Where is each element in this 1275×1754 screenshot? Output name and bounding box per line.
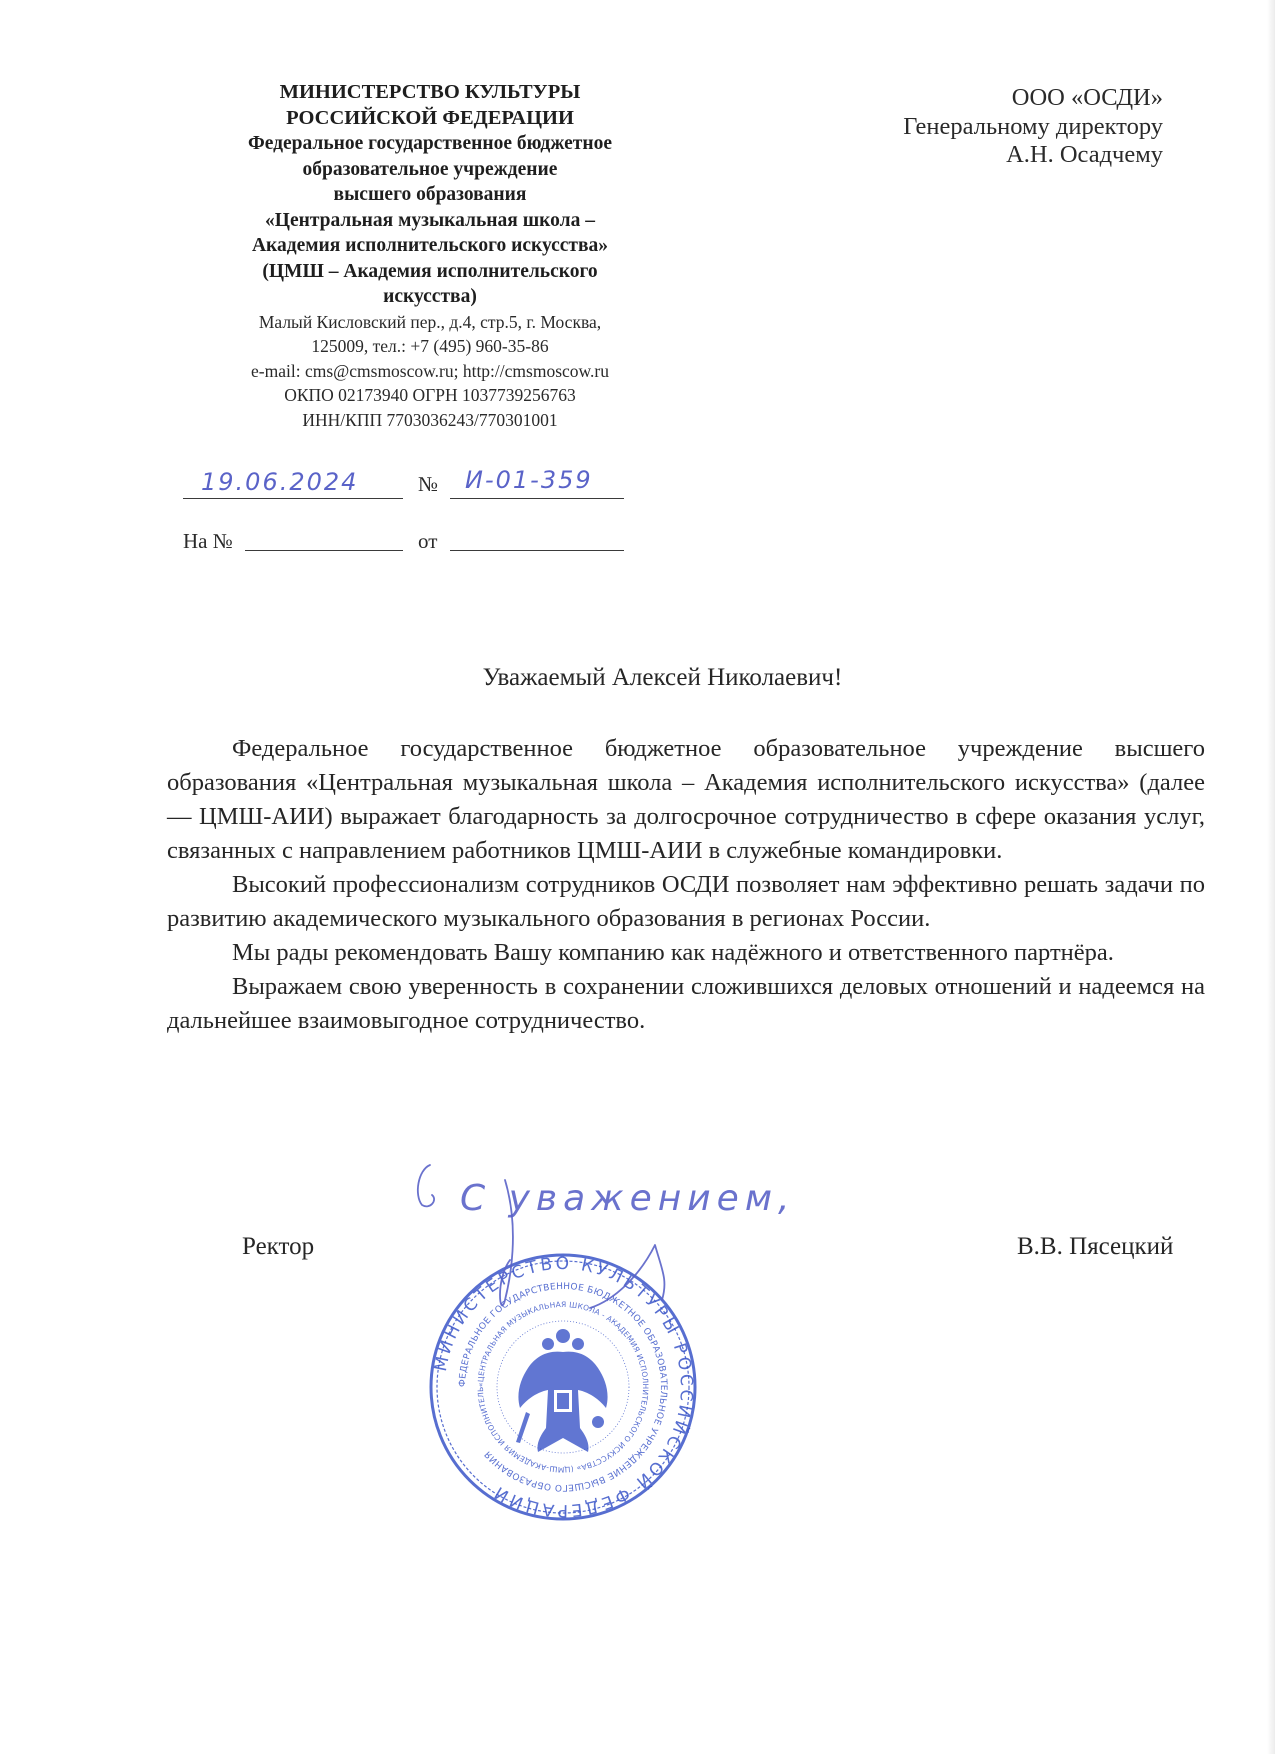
scan-edge — [1267, 0, 1275, 1754]
outgoing-number: И-01-359 — [465, 466, 593, 494]
handwritten-signature-icon: С уважением, — [400, 1150, 900, 1310]
org-line: (ЦМШ – Академия исполнительского — [200, 259, 660, 285]
body-paragraph: Мы рады рекомендовать Вашу компанию как … — [167, 936, 1205, 970]
number-underline — [450, 498, 624, 499]
ministry-line-1: МИНИСТЕРСТВО КУЛЬТУРЫ — [200, 80, 660, 106]
signatory-name: В.В. Пясецкий — [1017, 1233, 1173, 1261]
addressee-position: Генеральному директору — [903, 113, 1163, 142]
reference-date-field — [450, 550, 624, 551]
greeting: Уважаемый Алексей Николаевич! — [0, 664, 1275, 692]
reference-number-field — [245, 550, 403, 551]
org-line: искусства) — [200, 284, 660, 310]
letter-body: Федеральное государственное бюджетное об… — [167, 732, 1205, 1038]
body-paragraph: Высокий профессионализм сотрудников ОСДИ… — [167, 868, 1205, 936]
number-label: № — [418, 472, 438, 497]
svg-text:С уважением,: С уважением, — [460, 1178, 795, 1219]
letterhead: МИНИСТЕРСТВО КУЛЬТУРЫ РОССИЙСКОЙ ФЕДЕРАЦ… — [200, 80, 660, 432]
addressee-company: ООО «ОСДИ» — [903, 84, 1163, 113]
date-underline — [183, 498, 403, 499]
org-line: Федеральное государственное бюджетное — [200, 131, 660, 157]
address-line-1: Малый Кисловский пер., д.4, стр.5, г. Мо… — [200, 310, 660, 335]
contacts-line: e-mail: cms@cmsmoscow.ru; http://cmsmosc… — [200, 359, 660, 384]
org-line: высшего образования — [200, 182, 660, 208]
signatory-title: Ректор — [242, 1233, 314, 1261]
reference-number-label: На № — [183, 529, 233, 554]
org-line: Академия исполнительского искусства» — [200, 233, 660, 259]
eagle-emblem-icon — [516, 1329, 608, 1452]
ministry-line-2: РОССИЙСКОЙ ФЕДЕРАЦИИ — [200, 106, 660, 132]
registration-block: 19.06.2024 № И-01-359 На № от — [183, 462, 628, 562]
addressee-block: ООО «ОСДИ» Генеральному директору А.Н. О… — [903, 84, 1163, 170]
okpo-ogrn-line: ОКПО 02173940 ОГРН 1037739256763 — [200, 383, 660, 408]
inn-kpp-line: ИНН/КПП 7703036243/770301001 — [200, 408, 660, 433]
reference-from-label: от — [418, 529, 437, 554]
body-paragraph: Выражаем свою уверенность в сохранении с… — [167, 970, 1205, 1038]
org-line: образовательное учреждение — [200, 157, 660, 183]
body-paragraph: Федеральное государственное бюджетное об… — [167, 732, 1205, 868]
addressee-name: А.Н. Осадчему — [903, 141, 1163, 170]
outgoing-date: 19.06.2024 — [201, 468, 358, 496]
org-line: «Центральная музыкальная школа – — [200, 208, 660, 234]
address-line-2: 125009, тел.: +7 (495) 960-35-86 — [200, 334, 660, 359]
